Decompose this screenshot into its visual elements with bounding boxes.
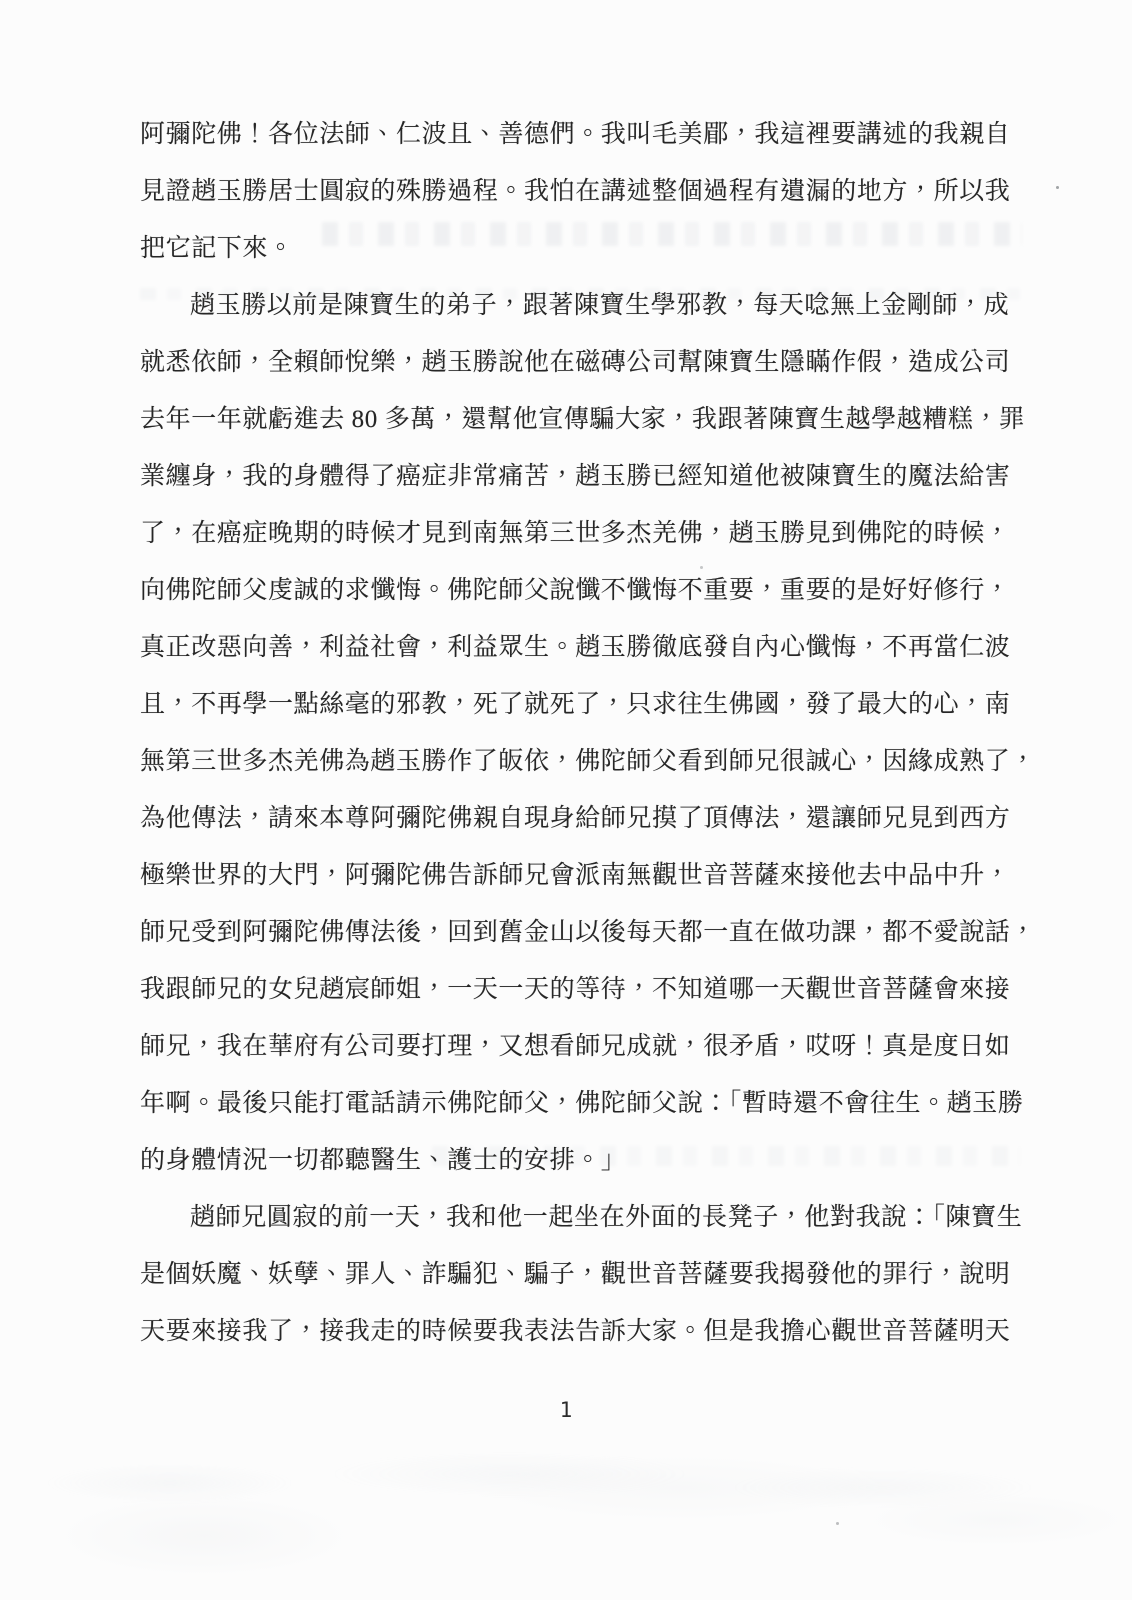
text-line: 了，在癌症晚期的時候才見到南無第三世多杰羌佛，趙玉勝見到佛陀的時候， — [140, 505, 1012, 562]
text-line: 我跟師兄的女兒趙宸師姐，一天一天的等待，不知道哪一天觀世音菩薩會來接 — [140, 961, 1012, 1018]
text-line: 向佛陀師父虔誠的求懺悔。佛陀師父說懺不懺悔不重要，重要的是好好修行， — [140, 562, 1012, 619]
text-line: 極樂世界的大門，阿彌陀佛告訴師兄會派南無觀世音菩薩來接他去中品中升， — [140, 847, 1012, 904]
text-line: 就悉依師，全賴師悅樂，趙玉勝說他在磁磚公司幫陳寶生隱瞞作假，造成公司 — [140, 334, 1012, 391]
text-line: 趙玉勝以前是陳寶生的弟子，跟著陳寶生學邪教，每天唸無上金剛師，成 — [140, 277, 1012, 334]
page-number: 1 — [0, 1398, 1132, 1422]
text-line: 且，不再學一點絲毫的邪教，死了就死了，只求往生佛國，發了最大的心，南 — [140, 676, 1012, 733]
text-line: 為他傳法，請來本尊阿彌陀佛親自現身給師兄摸了頂傳法，還讓師兄見到西方 — [140, 790, 1012, 847]
bleedthrough-artifact — [0, 1438, 1132, 1528]
text-line: 的身體情況一切都聽醫生、護士的安排。」 — [140, 1132, 1012, 1189]
text-line: 見證趙玉勝居士圓寂的殊勝過程。我怕在講述整個過程有遺漏的地方，所以我 — [140, 163, 1012, 220]
text-line: 業纏身，我的身體得了癌症非常痛苦，趙玉勝已經知道他被陳寶生的魔法給害 — [140, 448, 1012, 505]
scanned-document-page: 阿彌陀佛！各位法師、仁波且、善德們。我叫毛美郿，我這裡要講述的我親自見證趙玉勝居… — [0, 0, 1132, 1600]
text-line: 無第三世多杰羌佛為趙玉勝作了皈依，佛陀師父看到師兄很誠心，因緣成熟了， — [140, 733, 1012, 790]
text-line: 師兄受到阿彌陀佛傳法後，回到舊金山以後每天都一直在做功課，都不愛說話， — [140, 904, 1012, 961]
text-line: 把它記下來。 — [140, 220, 1012, 277]
text-line: 真正改惡向善，利益社會，利益眾生。趙玉勝徹底發自內心懺悔，不再當仁波 — [140, 619, 1012, 676]
scan-speck — [1056, 186, 1059, 189]
text-line: 年啊。最後只能打電話請示佛陀師父，佛陀師父說：「暫時還不會往生。趙玉勝 — [140, 1075, 1012, 1132]
scan-speck — [836, 1522, 839, 1525]
text-line: 阿彌陀佛！各位法師、仁波且、善德們。我叫毛美郿，我這裡要講述的我親自 — [140, 106, 1012, 163]
text-line: 趙師兄圓寂的前一天，我和他一起坐在外面的長凳子，他對我說：「陳寶生 — [140, 1189, 1012, 1246]
text-line: 天要來接我了，接我走的時候要我表法告訴大家。但是我擔心觀世音菩薩明天 — [140, 1303, 1012, 1360]
text-line: 去年一年就虧進去 80 多萬，還幫他宣傳騙大家，我跟著陳寶生越學越糟糕，罪 — [140, 391, 1012, 448]
text-line: 師兄，我在華府有公司要打理，又想看師兄成就，很矛盾，哎呀！真是度日如 — [140, 1018, 1012, 1075]
document-body: 阿彌陀佛！各位法師、仁波且、善德們。我叫毛美郿，我這裡要講述的我親自見證趙玉勝居… — [140, 106, 1012, 1360]
text-line: 是個妖魔、妖孽、罪人、詐騙犯、騙子，觀世音菩薩要我揭發他的罪行，說明 — [140, 1246, 1012, 1303]
